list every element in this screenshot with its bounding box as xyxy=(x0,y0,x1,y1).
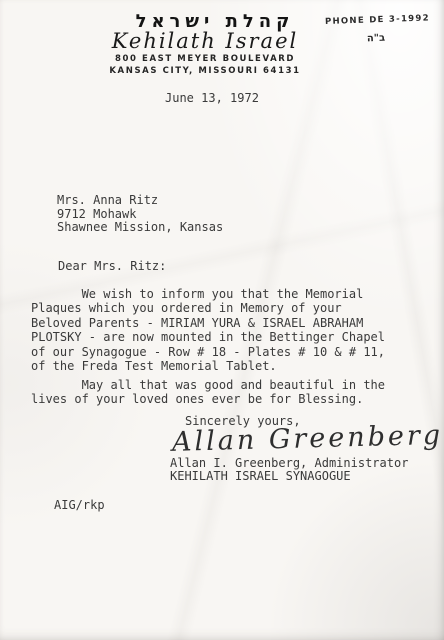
letterhead-city-address: KANSAS CITY, MISSOURI 64131 xyxy=(100,66,310,76)
letterhead-hebrew-abbreviation: ב"ה xyxy=(358,32,394,44)
letterhead-street-address: 800 EAST MEYER BOULEVARD xyxy=(100,54,310,64)
letterhead-phone: PHONE DE 3-1992 xyxy=(325,13,440,27)
letter-page: קהלת ישראל Kehilath Israel 800 EAST MEYE… xyxy=(0,0,444,640)
reference-initials: AIG/rkp xyxy=(54,498,105,512)
handwritten-signature: Allan Greenberg xyxy=(172,421,393,458)
salutation: Dear Mrs. Ritz: xyxy=(58,259,166,273)
letterhead-script-name: Kehilath Israel xyxy=(100,29,310,53)
letter-date: June 13, 1972 xyxy=(165,91,259,105)
recipient-address-block: Mrs. Anna Ritz 9712 Mohawk Shawnee Missi… xyxy=(57,194,223,235)
body-paragraph-2: May all that was good and beautiful in t… xyxy=(31,378,385,407)
signer-organization: KEHILATH ISRAEL SYNAGOGUE xyxy=(170,469,351,483)
body-paragraph-1: We wish to inform you that the Memorial … xyxy=(31,287,385,373)
